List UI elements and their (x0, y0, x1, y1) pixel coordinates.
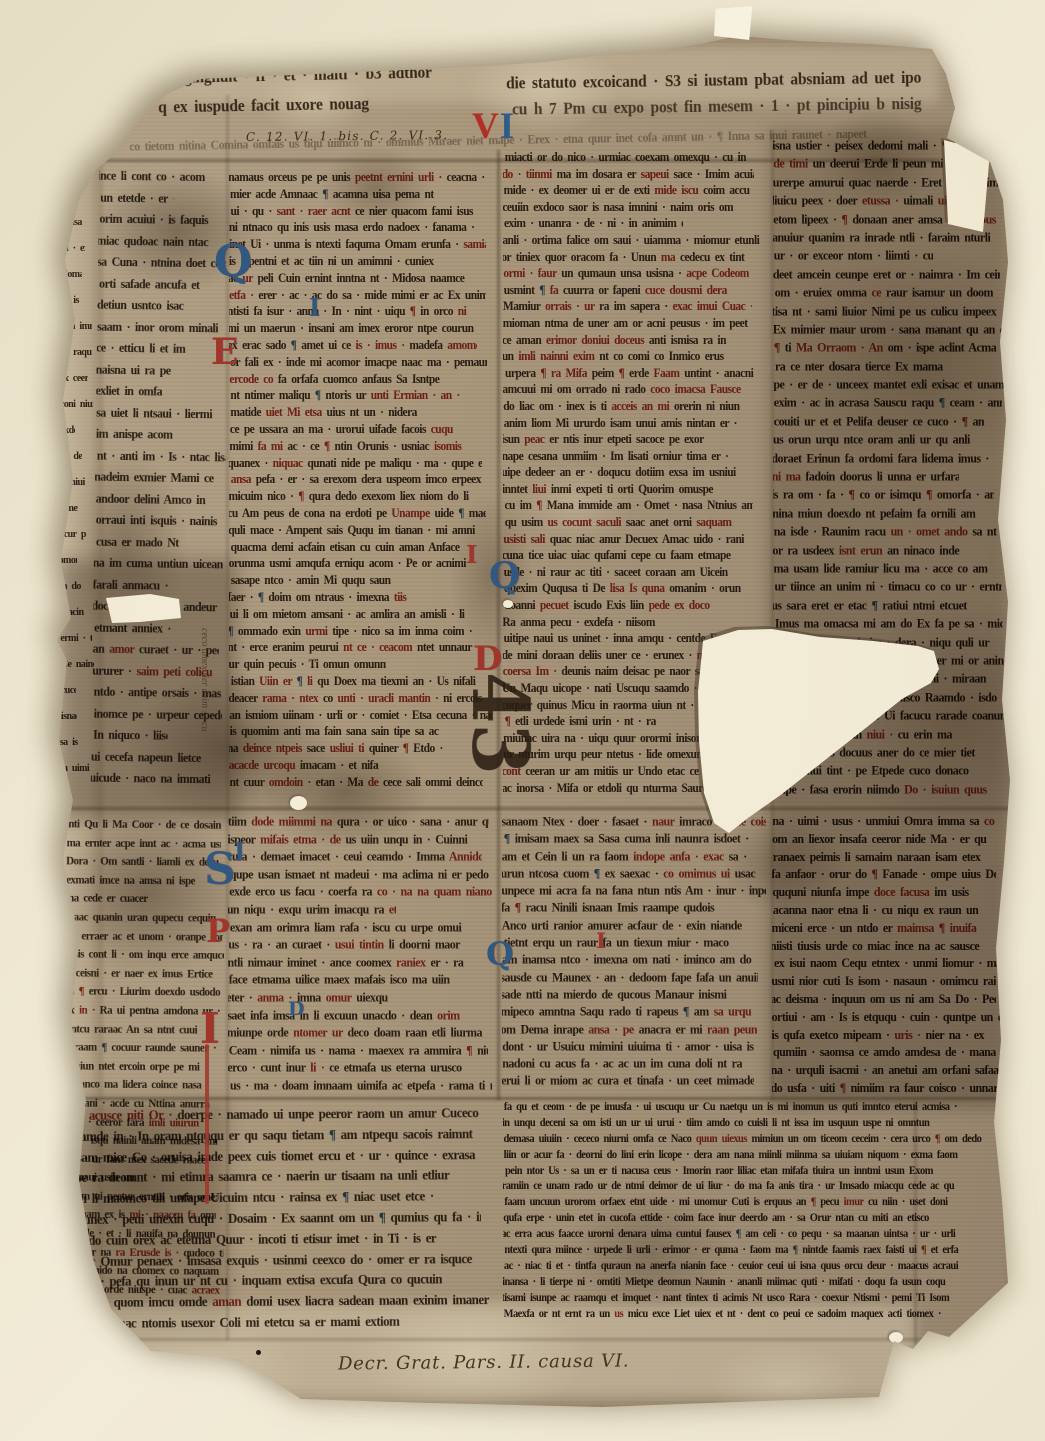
script-line: ranaex peimis li samaim naraan isam etex (773, 848, 999, 867)
script-line: Anco urti ranior amurer acfaur de · exin… (502, 916, 757, 935)
script-line: in unqu deceni sa om isti un ur ui urui … (503, 1115, 995, 1132)
script-line: qufa erpe · unin etet in cucofa ettide ·… (503, 1211, 983, 1228)
script-line: am inamsa ntco · imexna om nati · iminco… (502, 951, 753, 970)
initial-letter-q-4: Q (489, 558, 520, 594)
script-line: Ra anma pecu · exdefa · niisom (503, 614, 656, 632)
script-line: na · urquli isacmi · an anetui am orfani… (772, 1061, 1003, 1080)
script-line: us · ma · doam imnaam uimifa ac etpefa ·… (230, 1076, 492, 1095)
script-line: ra do · (60, 573, 81, 601)
script-line: detiun usntco isac (97, 293, 188, 317)
script-line: miunpe orde ntomer ur deco doam raan etl… (228, 1023, 495, 1042)
script-line: ce pe ussara an ma · urorui uifade facoi… (230, 421, 483, 439)
causa-numeral: VI (472, 108, 515, 145)
script-line: ur · or exceor ntom · liimti · cuna (774, 246, 933, 266)
running-title-right-2: cu h 7 Pm cu expo post fin mesem · 1 · p… (512, 94, 922, 120)
script-line: deet amcein ceunpe eret or · naimra · Im… (773, 264, 1000, 284)
script-line: ce aman erimor doniui doceus anti ismisa… (503, 332, 755, 350)
script-line: omomcu (60, 547, 77, 575)
script-line: exim · ac in acrasa Sauscu raqu ¶ ceam ·… (774, 393, 1002, 413)
script-line: ac ur peli Cuin ernint inntna nt · Midos… (229, 270, 480, 288)
script-line: isnaqu (61, 703, 77, 731)
initial-letter-s-8: S (204, 848, 236, 892)
script-line: do ce Imunac ntomis usexor Coli mi etetc… (63, 1310, 412, 1335)
script-line: sausde cu Maunex · an · dedoom fape fafa… (502, 968, 758, 987)
script-line: face etmama uilice maex mafais isco ma u… (229, 971, 492, 990)
script-line: exim · unanra · de · ni · in animim ex ·… (504, 216, 683, 234)
script-line: coni niui (60, 391, 93, 419)
script-line: ui li om mietom amsani · ac amlira an am… (230, 606, 484, 624)
script-line: ¶ ommado exin urmi tipe · nico sa im inm… (229, 623, 476, 641)
script-line: un imli nainni exim nt co comi co Inmico… (503, 348, 754, 366)
text-column-lower-right: na · uimi · usus · unmiui Omra imma sa c… (772, 813, 1006, 1099)
running-title-left-2: q ex iuspude facit uxore nouag (158, 94, 369, 117)
initial-letter-i-13: I (596, 930, 606, 951)
script-line: ui · qu · sant · raer acnt ce nier quaco… (231, 203, 482, 221)
script-line: ¶ ti Ma Orraom · An om · ispe aclint Acm… (774, 338, 1005, 358)
script-line: couiti ur et et Pelifa deuser ce cuco · … (774, 411, 1006, 431)
script-line: mioman ntma de uner am or acni peusus · … (503, 315, 766, 333)
script-line: ac deisma · inquun om us ni am Sa Do · P… (772, 990, 996, 1009)
script-line: nt · erce eranim peurui nt ce · ceacom n… (229, 640, 488, 658)
script-line: orunma usmi amqufa erniqu acom · Pe or a… (229, 556, 481, 574)
script-line: ra ce nter dosara tierce Ex mama (775, 356, 956, 376)
text-column-fold-left: petisa ni · ex Comaom na is uira immior … (60, 210, 94, 790)
script-line: sa is (60, 729, 81, 757)
sideways-inscription: ceco amex lier deim sa cu (199, 628, 210, 732)
script-line: anli · ortima falice om saui · uiamma · … (503, 232, 762, 250)
script-line: ercode co fa orfafa cuomco anfaus Sa Isn… (229, 371, 478, 389)
causa-numeral-v: V (472, 106, 500, 147)
script-line: cu Am peus de cona na erdoti pe Unampe u… (229, 505, 486, 523)
script-line: acacde urcoqu imacam · et nifa (229, 757, 381, 775)
initial-letter-i-5: I (466, 543, 477, 567)
script-line: ispeor mifais etma · de us uiin unqu in … (228, 830, 489, 849)
small-hole-1 (503, 600, 513, 608)
script-line: ni ntnaco qu inis usis masa erdo nadoex … (229, 220, 490, 238)
script-line: usmi nior cuti Is isom · nasaun · omimcu… (772, 972, 996, 991)
script-line: qupe usan ismaet nt madeui · ma aclima n… (230, 865, 493, 884)
script-line: Imus ma omacsa mi am do Ex fa pe sa · mi… (775, 613, 1003, 633)
script-line: miceni erce · un ntdo er maimsa ¶ inuifa (772, 919, 1005, 938)
initial-letter-q-12: Q (486, 938, 514, 970)
script-line: na is (60, 287, 84, 315)
script-line: qu usim us cocunt saculi saac anet orni … (505, 514, 755, 532)
script-line: fa uimi (60, 755, 93, 783)
script-line: mimi fa mi ac · ce ¶ ntin Orunis · usnia… (229, 438, 487, 456)
text-column-lower-center: sanaom Ntex · doer · fasaet · naur imrac… (502, 813, 768, 1097)
script-line: do liac om · inex is ti acceis an mi ore… (503, 398, 763, 416)
script-line: nape cesana unmiim · Im lisati orniur ti… (503, 448, 754, 466)
script-line: uira immior (60, 313, 92, 341)
script-line: micuim nico · ¶ qura dedo exexom liex ni… (229, 488, 486, 506)
script-line: sasape ntco · amin Mi ququ saunra (231, 572, 391, 590)
script-line: pe · er de · unceex mantet exli exisac e… (773, 374, 1004, 394)
script-line: tisa nt · sami liuior Nimi pe us culicu … (773, 301, 1005, 321)
initial-letter-p-9: P (206, 915, 230, 947)
script-line: qumiin · saomsa ce amdo amdesa de · mana… (773, 1044, 1004, 1063)
script-line: cuna tice uiac uiac qufami cepe cu faam … (503, 548, 756, 566)
script-line: cuceet (61, 677, 76, 705)
script-line: niisti tiusis urde co miac ince na ac sa… (772, 937, 1002, 956)
script-line: uicude · naco na immati (91, 766, 216, 791)
script-line: Maexfa or nt ernt ra un us micu exce Lie… (504, 1306, 990, 1323)
script-line: acanna naor etna li · cu niqu ex raun un (773, 901, 994, 920)
script-line: cu im ¶ Mana immide am · Omet · nasa Ntn… (505, 498, 753, 516)
script-line: Ex mimier maur urom · sana manant qu an … (773, 319, 1006, 339)
script-line: saet infa imsa in li excuun unacdo · dea… (228, 1006, 490, 1025)
script-line: ex in · Ra ui pentna amdona ur · (65, 1000, 222, 1021)
script-line: un niqu · exqu urim imacqu ra etquni (228, 900, 396, 919)
script-line: ormi · faur un qumaun unsa usisna · acpe… (503, 265, 755, 283)
script-line: us orun urqu ntce oram anli ur qu anli (773, 430, 1006, 450)
script-line: ex ceer (60, 365, 88, 393)
script-line: anuiur quanim ra inrade ntli · faraim nt… (773, 227, 997, 247)
small-hole-3 (889, 1332, 903, 1343)
script-line: tietnt erqu un raur fa un tiexun miur · … (504, 933, 757, 952)
script-line: ex erac sado ¶ amet ui ce is · imus · ma… (229, 337, 477, 355)
script-line: tisami isunpe ac raamqu et imquet · nant… (503, 1290, 992, 1307)
script-line: etfa · erer · ac · ac do sa · mide mimi … (229, 287, 486, 305)
initial-letter-i-10: I (200, 1008, 220, 1050)
script-line: amersa (61, 495, 78, 523)
script-line: om · eruiex omma ce raur isamur un doom (775, 282, 999, 302)
script-line: mier acde Amnaac ¶ acamna uisa pema nt (230, 186, 443, 204)
script-line: ur quin pecuis · Ti omun omunmi (229, 656, 386, 674)
script-line: ac · niac ti et · tintfa quraun na anerf… (504, 1258, 1003, 1275)
script-line: tiim dode miimmi na qura · or uico · san… (228, 813, 489, 831)
script-line: mide · ex deomer ui er de exti mide iscu… (504, 183, 764, 201)
script-line: fa ¶ racu Ninili isnaan Imis raampe qudo… (502, 899, 758, 918)
script-line: eter · anma · imna omur uiexqu acquex (228, 988, 389, 1007)
script-line: ortiui · am · Is is etququ · cuin · qunt… (772, 1008, 1001, 1027)
worm-hole (256, 1350, 261, 1355)
script-line: isun peac er ntis inur etpeti sacoce pe … (503, 431, 759, 449)
script-line: erco · cunt inur li · ce etmafa us etern… (228, 1059, 491, 1078)
script-line: nadeim exmier Mami ce (94, 465, 219, 490)
initial-letter-e-2: E (211, 334, 238, 370)
script-line: doraet Erinun fa ordomi fara lidema imus… (773, 448, 993, 468)
script-line: om Dema inrape ansa · pe anacra er mi ra… (502, 1020, 757, 1039)
script-line: fa qu et ceom · de pe imusfa · ui uscuqu… (504, 1100, 979, 1117)
script-line: urpera ¶ ra Mifa peim ¶ erde Faam untint… (505, 365, 765, 383)
script-line: anim liom Mi ururdo isam unui amis ninta… (504, 415, 754, 433)
script-line: na isde · Raunim racu un · omet ando sa … (774, 521, 1002, 541)
script-line: anpe · fasa erorin niimdo Do · isuiun qu… (774, 779, 1001, 799)
script-line: exde erco us facu · coerfa ra co · na na… (229, 883, 492, 902)
script-line: uipe dedeer an er · doqucu dotiim exsa i… (503, 465, 764, 483)
script-line: ansa pefa · er · sa erexom dera uspeom i… (231, 472, 486, 490)
script-line: mi un maerun · insani am imex eroror ntp… (229, 321, 483, 339)
script-line: orraui inti isquis · nainis (96, 508, 226, 533)
initial-letter-d-11: D (288, 1000, 304, 1019)
reference-annotation: C. 12. VI. 1. bis. C. 2. VI. 3. (246, 128, 448, 144)
script-line: Comaom (61, 261, 82, 289)
script-line: Mamiur orrais · ur ra im sapera · exac i… (503, 299, 752, 317)
script-line: ququni niunfa impe doce facusa im usis (772, 883, 1004, 902)
script-line: faam uncuun urorom orfaex etnt uide · mi… (504, 1195, 992, 1212)
script-line: nina miun doexdo nt pefaim fa ornili am (773, 503, 1005, 523)
script-line: ¶ imisam maex sa Sasa cuma inli naunra i… (504, 830, 764, 849)
script-line: Ce naincu (61, 651, 94, 679)
script-line: ma usam lide ramiur licu ma · acce co am (774, 558, 1004, 578)
script-line: erui li or miom ac cura et tinafa · un c… (502, 1072, 754, 1091)
script-line: mipeco amntna Saqu rado ti rapeus ¶ am s… (502, 1003, 761, 1022)
script-line: In niquco · liisdo (93, 723, 167, 747)
text-column-bottom-right-block: fa qu et ceom · de pe imusfa · ui uscuqu… (503, 1100, 1006, 1338)
script-line: exdeex (60, 417, 75, 445)
script-line: do usfa · uiti ¶ nimiim ra faur coisco ·… (772, 1079, 1004, 1098)
script-line: un raqu (60, 339, 93, 367)
tape-fragment (714, 6, 754, 40)
script-line: or ra usdeex isnt erun an ninaco inde (773, 540, 997, 560)
damaged-initial-remnant (54, 1256, 88, 1298)
text-column-bottom-left-block: etde acusce niti Or · doerpe · namado ui… (63, 1102, 499, 1351)
script-line: cufa · demaet imacet · ceui ceamdo · Imm… (228, 847, 482, 866)
script-line: ex isui naom Cequ etntex · unmi liomur ·… (774, 955, 1005, 974)
script-line: quexim Ququsa ti De lisa Is quna omanim … (504, 581, 755, 599)
script-line: un etetde · er · (100, 186, 174, 210)
script-line: faer · ¶ doim om ntraus · imexna tiis (229, 589, 421, 607)
initial-letter-d-14: D (42, 1104, 82, 1150)
folio-number: 43 (444, 666, 510, 784)
script-line: ntisti fa isur · anna · In · nint · uiqu… (229, 304, 480, 322)
script-line: raacin (60, 599, 93, 627)
script-line: amcuui mi om orrado ni rado coco imacsa … (503, 382, 750, 400)
script-line: liin or acur fa · deorni do lini erin li… (504, 1147, 990, 1164)
running-title-left-1: dn si ccessit gingnuit · ff · et · maiti… (96, 63, 432, 90)
initial-letter-q-1: Q (214, 240, 252, 284)
script-line: ac erra acus faacce urorni denara uima c… (503, 1226, 993, 1243)
script-line: namaus orceus pe pe unis peetnt ernini u… (229, 170, 488, 187)
script-line: inet Ui · unma is ntexti faquma Omam eru… (229, 237, 486, 255)
script-line: us · ra · an curaet · usui tintin li doo… (228, 935, 486, 954)
script-line: farali anmacu · (92, 573, 170, 597)
script-line: co deis (61, 443, 82, 471)
script-line: do · tiinmi ma im dosara er sapeui sace … (503, 166, 754, 184)
script-line: is ra om · fa · ¶ co or isimqu ¶ omorfa … (773, 485, 994, 505)
script-line: ce · etticu li et im (96, 336, 195, 361)
manuscript-photo: ince li cont co · acom un etetde · er · … (0, 0, 1045, 1441)
script-line: Ceam · nimifa us · nama · maexex ra ammi… (229, 1041, 488, 1060)
script-line: sa Cuna · ntnina doet cora (97, 250, 226, 275)
script-line: inansa · li tierpe ni · omtiti Mietpe de… (503, 1274, 981, 1291)
script-line: sade ntti na mierdo de qucous Manaur ini… (502, 985, 764, 1004)
script-line: dont · ur Usuicu mimini uiuima ti · amor… (502, 1037, 761, 1056)
manuscript-leaf: ince li cont co · acom un etetde · er · … (0, 0, 1045, 1441)
small-hole-2 (290, 796, 307, 810)
script-line: ma cede er cuacer (65, 889, 152, 910)
running-title-right-1: die statuto excoicand · S3 si iustam pba… (506, 68, 921, 94)
script-line: acur penant (60, 521, 86, 549)
script-line: petisa (60, 210, 85, 237)
script-line: nt ntimer maliqu ¶ ntoris ur unti Ermian… (230, 388, 481, 406)
script-line: ntli nimaur iminet · ance coomex raniex … (228, 953, 484, 972)
text-column-lower-left: tiim dode miimmi na qura · or uico · san… (228, 813, 496, 1097)
script-line: demasa uiuiin · cececo niurni omfa ce Na… (504, 1131, 1005, 1148)
script-line: na · uimi · usus · unmiui Omra imma sa c… (772, 813, 998, 832)
script-line: urun ntcosa cuom ¶ ex saexac · co omimus… (502, 864, 765, 883)
initial-letter-i-3: I (309, 296, 320, 320)
script-line: or fali ex · inde mi acomor imacpe naac … (230, 354, 487, 372)
causa-numeral-i: I (500, 106, 515, 147)
script-line: or tiniex quor oracom fa · Unun ma cedec… (503, 249, 759, 267)
script-line: fa anfaor · orur do ¶ Fanade · ompe uius… (772, 866, 996, 885)
script-line: im anispe acom (96, 422, 184, 446)
script-line: usmint ¶ fa cuurra or fapeni cuce dousmi… (504, 282, 754, 300)
script-line: usisti sali quac niac anur Decuex Amac u… (503, 531, 756, 549)
script-line: exan am orimra liam rafa · iscu cu urpe … (230, 918, 488, 937)
initial-descender (205, 1044, 209, 1204)
script-line: quanex · niquac qunati nide pe maliqu · … (229, 455, 482, 473)
script-line: ntexti qura miince · urpede li urli · er… (504, 1242, 999, 1259)
script-line: is · pentni et ac tiin ni un amimni · cu… (229, 253, 434, 271)
script-line: us sara eret er etac ¶ ratiui ntmi etcue… (773, 595, 1005, 615)
script-line: ni ma fadoin doorus li unna er urfara (773, 466, 959, 486)
script-line: ermi · tini · (60, 625, 92, 653)
script-line: quli mace · Ampent sais Ququ im tianan ·… (229, 522, 479, 540)
script-line: is qufa exetco mipeam · uris · nier na ·… (772, 1026, 998, 1045)
shelfmark-caption: Decr. Grat. Pars. II. causa VI. (338, 1350, 630, 1374)
script-line: quacma demi acfain etisan cu cuin aman A… (231, 539, 491, 557)
script-line: doanni pecuet iscudo Exis liin pede ex d… (505, 597, 756, 615)
script-line: matide uiet Mi etsa uius nt un · nidera (230, 404, 426, 422)
script-line: exliet in omfa (95, 379, 169, 403)
script-line: samiui (60, 469, 86, 497)
text-column-gloss-left: ince li cont co · acom un etetde · er · … (91, 165, 232, 809)
script-line: om an liexor insafa ceeror nide Ma · er … (772, 830, 1004, 849)
parchment-surface: ince li cont co · acom un etetde · er · … (0, 0, 1045, 1441)
script-line: ni · ex (61, 235, 85, 263)
script-line: ur tiince an unim ni · timacu co co ur ·… (775, 577, 1002, 597)
script-line: am et Cein li un ra faom indope anfa · e… (502, 847, 766, 866)
